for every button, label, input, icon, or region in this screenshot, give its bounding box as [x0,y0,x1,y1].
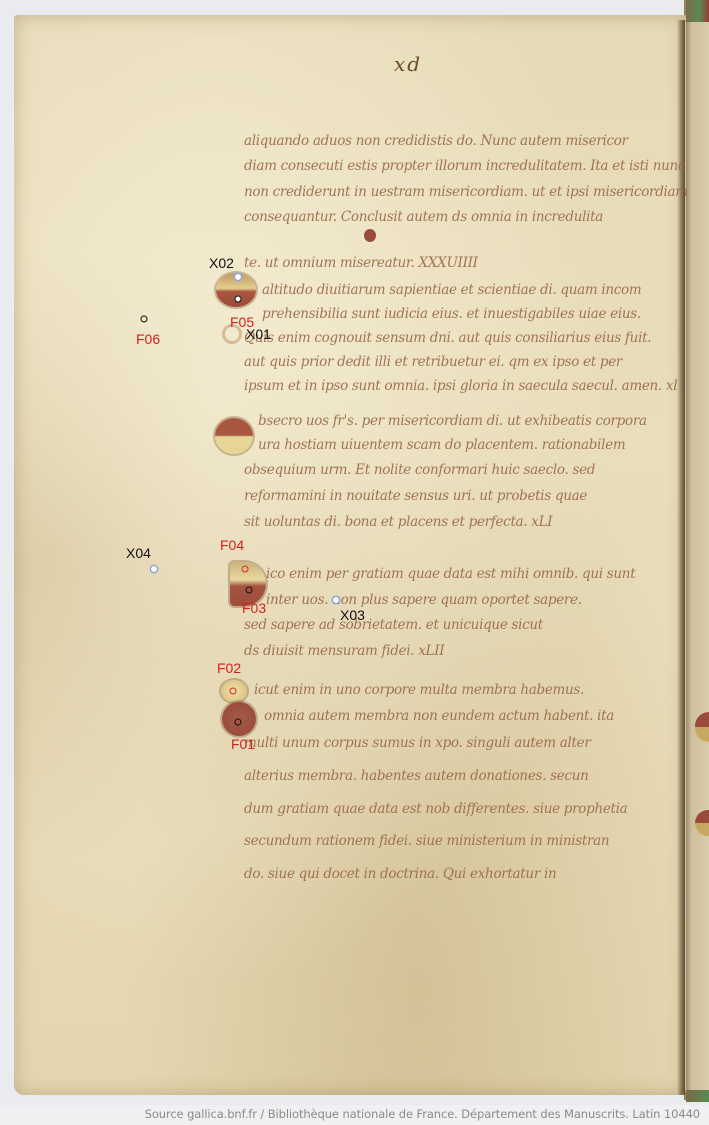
manuscript-line: obsequium urm. Et nolite conformari huic… [244,462,595,478]
manuscript-page [14,15,686,1095]
folio-number: xd [394,52,422,76]
marker-x03[interactable] [332,596,340,604]
label-f06: F06 [136,332,160,346]
manuscript-line: te. ut omnium misereatur. XXXUIIII [244,255,478,271]
binding-spine [684,0,709,1100]
manuscript-line: aliquando aduos non credidistis do. Nunc… [244,133,628,149]
manuscript-line: ura hostiam uiuentem scam do placentem. … [258,437,625,453]
marker-f02[interactable] [230,688,237,695]
manuscript-line: dum gratiam quae data est nob differente… [244,801,627,817]
marker-f01[interactable] [235,719,242,726]
manuscript-line: alterius membra. habentes autem donation… [244,768,588,784]
manuscript-line: diam consecuti estis propter illorum inc… [244,158,685,174]
manuscript-line: altitudo diuitiarum sapientiae et scient… [262,282,641,298]
manuscript-line: icut enim in uno corpore multa membra ha… [254,682,584,698]
source-credit: Source gallica.bnf.fr / Bibliothèque nat… [0,1107,700,1121]
label-x02: X02 [209,256,234,270]
marker-f06[interactable] [141,316,148,323]
manuscript-line: ipsum et in ipso sunt omnia. ipsi gloria… [244,378,677,394]
marker-f05[interactable] [235,296,242,303]
manuscript-line: omnia autem membra non eundem actum habe… [264,708,614,724]
binding-top-edge [686,0,709,22]
manuscript-line: aut quis prior dedit illi et retribuetur… [244,354,622,370]
page-gutter [677,20,685,1095]
marker-x04[interactable] [150,565,158,573]
label-x01: X01 [246,327,271,341]
manuscript-line: sed sapere ad sobrietatem. et unicuique … [244,617,543,633]
label-x04: X04 [126,546,151,560]
manuscript-line: inter uos. non plus sapere quam oportet … [266,592,582,608]
label-f03: F03 [242,601,266,615]
manuscript-line: sit uoluntas di. bona et placens et perf… [244,514,552,530]
image-viewer: xd aliquando aduos non credidistis do. N… [0,0,709,1105]
manuscript-line: Quis enim cognouit sensum dni. aut quis … [244,330,651,346]
manuscript-line: reformamini in nouitate sensus uri. ut p… [244,488,587,504]
manuscript-line: ico enim per gratiam quae data est mihi … [266,566,635,582]
manuscript-line: multi unum corpus sumus in xpo. singuli … [244,735,590,751]
label-x03: X03 [340,608,365,622]
marker-f04[interactable] [242,566,249,573]
label-f04: F04 [220,538,244,552]
label-f01: F01 [231,737,255,751]
binding-bottom-edge [686,1090,709,1102]
label-f02: F02 [217,661,241,675]
marker-f03[interactable] [246,587,253,594]
initial-c [364,229,376,242]
initial-o-obsecro [215,418,253,454]
manuscript-line: secundum rationem fidei. siue ministeriu… [244,833,609,849]
manuscript-line: consequantur. Conclusit autem ds omnia i… [244,209,603,225]
marker-x02[interactable] [234,273,242,281]
manuscript-line: non crediderunt in uestram misericordiam… [244,184,688,200]
manuscript-line: do. siue qui docet in doctrina. Qui exho… [244,866,556,882]
manuscript-line: prehensibilia sunt iudicia eius. et inue… [262,306,641,322]
manuscript-line: ds diuisit mensuram fidei. xLII [244,643,444,659]
manuscript-line: bsecro uos fr's. per misericordiam di. u… [258,413,647,429]
